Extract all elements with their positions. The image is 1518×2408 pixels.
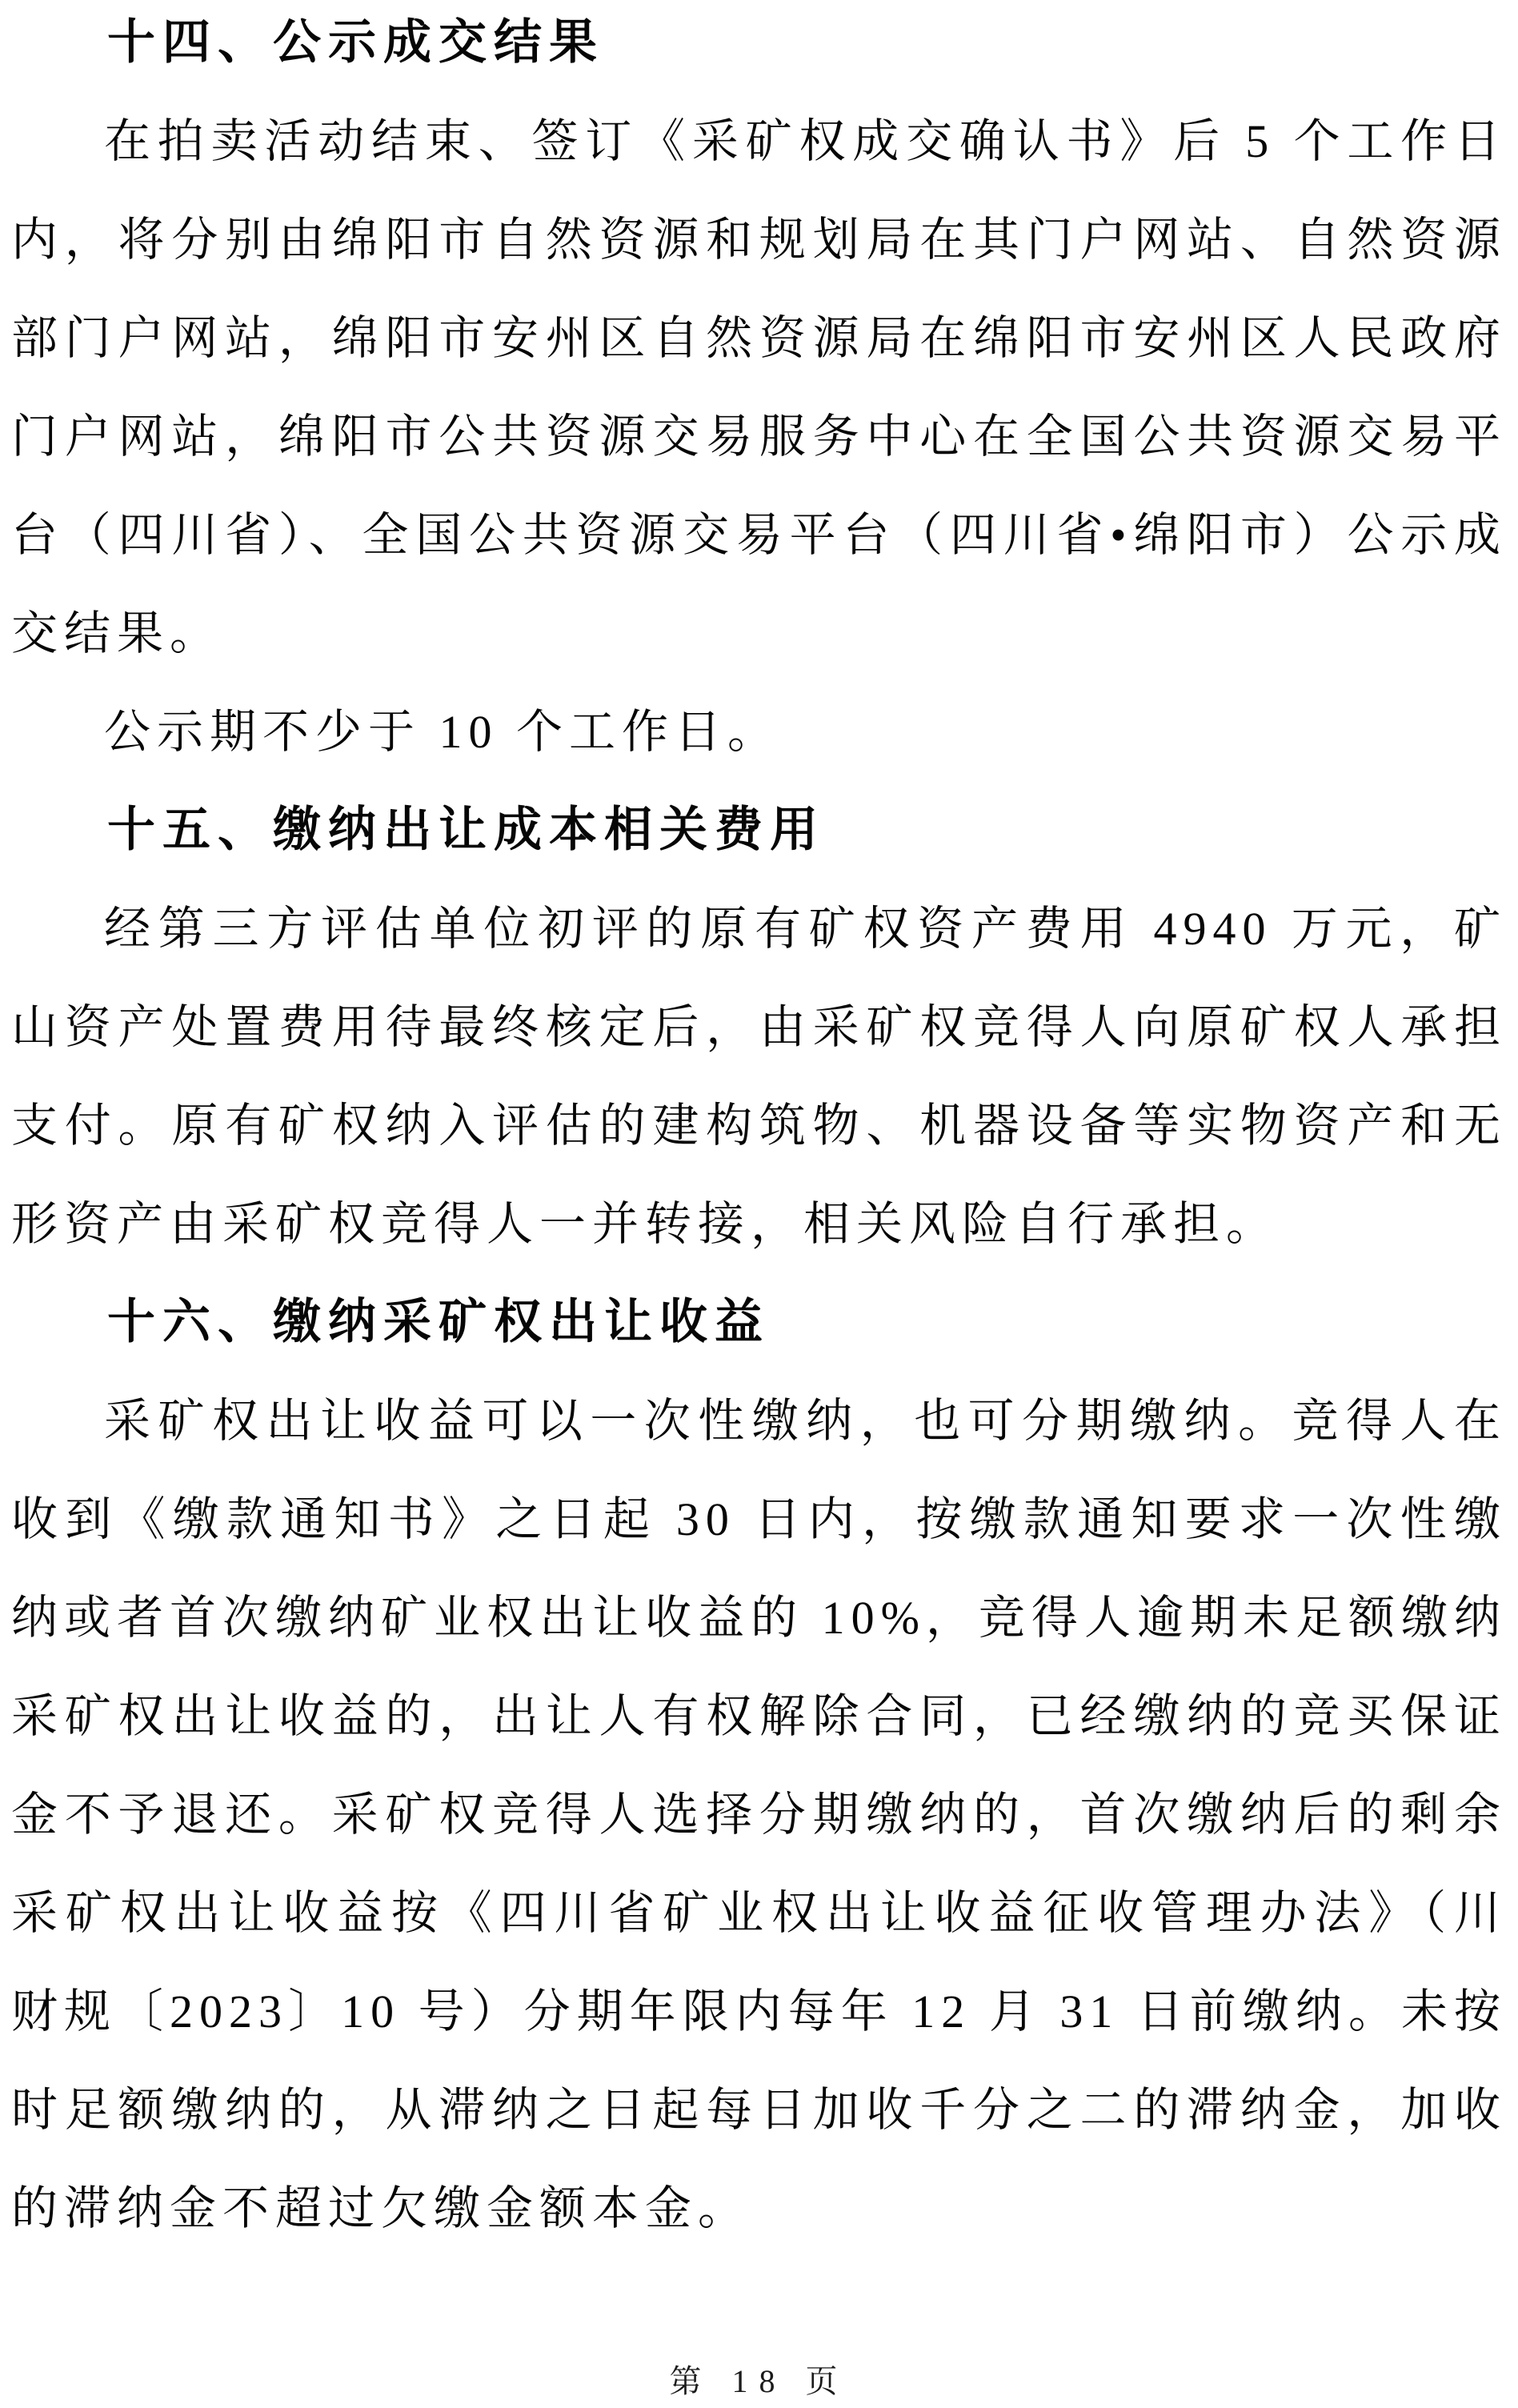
section-15-paragraph-1: 经第三方评估单位初评的原有矿权资产费用 4940 万元，矿山资产处置费用待最终核… — [11, 879, 1507, 1273]
section-15-heading: 十五、缴纳出让成本相关费用 — [11, 781, 1507, 879]
section-16-heading: 十六、缴纳采矿权出让收益 — [11, 1273, 1507, 1372]
document-body: 十四、公示成交结果 在拍卖活动结束、签订《采矿权成交确认书》后 5 个工作日内，… — [11, 0, 1507, 2258]
section-14-heading: 十四、公示成交结果 — [11, 0, 1507, 92]
page-footer: 第 18 页 — [0, 2356, 1518, 2402]
section-14-paragraph-2: 公示期不少于 10 个工作日。 — [11, 683, 1507, 781]
document-page: 十四、公示成交结果 在拍卖活动结束、签订《采矿权成交确认书》后 5 个工作日内，… — [0, 0, 1518, 2408]
page-number: 第 18 页 — [670, 2363, 849, 2399]
section-16-paragraph-1: 采矿权出让收益可以一次性缴纳，也可分期缴纳。竞得人在收到《缴款通知书》之日起 3… — [11, 1372, 1507, 2258]
section-14-paragraph-1: 在拍卖活动结束、签订《采矿权成交确认书》后 5 个工作日内，将分别由绵阳市自然资… — [11, 92, 1507, 683]
